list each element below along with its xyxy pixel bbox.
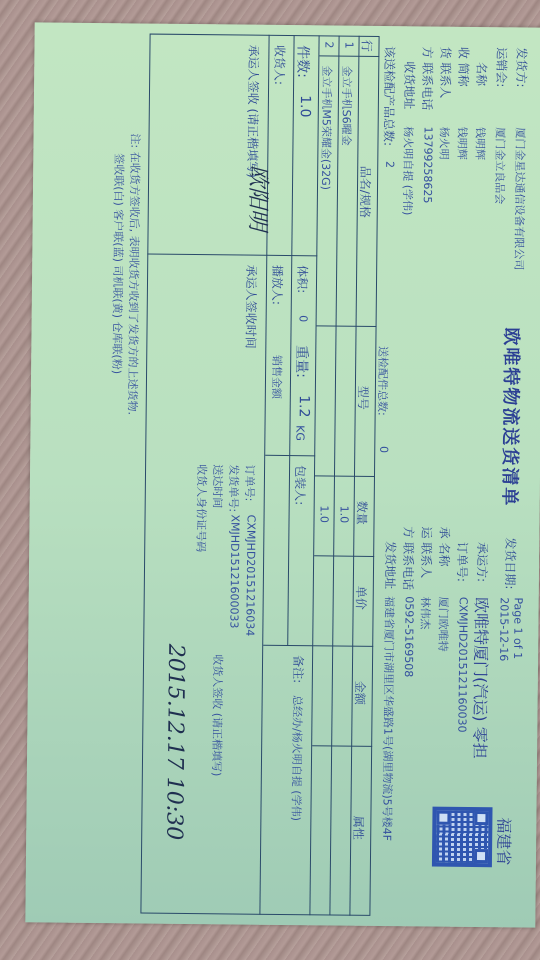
receiver-label: 收货人: — [271, 45, 288, 85]
from-value: 厦门金星达通信设备有限公司 — [511, 127, 528, 270]
recv-name-label: 收 简称 — [455, 47, 472, 87]
document-title: 欧唯特物流送货清单 — [498, 327, 526, 507]
carrier-name-label: 承 名称 — [436, 527, 453, 567]
carrier-address-value: 福建省厦门市湖里区华盛路1号(湖里物流)5号楼4F — [379, 596, 398, 841]
notes-value: 总经办/杨火明自提 (学伟) — [288, 695, 305, 821]
phone-value: 13799258625 — [421, 126, 435, 203]
recv-sign-label: 收货人签收 (请正楷填写) — [209, 654, 226, 776]
delivery-time-label: 送达时间 — [210, 464, 226, 508]
total-label: 该送检配产品总数: — [380, 46, 398, 146]
contact-label: 货 联系人 — [437, 47, 455, 99]
carrier-sign-label: 承运人签收 (请正楷填写) — [244, 45, 262, 178]
volume-label: 体积: — [294, 265, 311, 293]
recv-name-value: 钱明辉 — [454, 127, 470, 160]
col-header-name: 品名/规格 — [357, 166, 375, 218]
carrier-contact-label: 运 联系人 — [418, 526, 436, 578]
contact-value: 杨火明 — [436, 127, 452, 160]
volume-value: 0 — [297, 315, 310, 322]
ship-date: 2015-12-16 — [497, 597, 511, 661]
address-label: 收货地址 — [401, 61, 419, 109]
address-value: 杨火明自提 (学伟) — [400, 126, 417, 215]
col-header-model: 型号 — [355, 386, 372, 410]
carrier-order-value: CXMJHD2015121160030 — [455, 597, 469, 733]
notes-label: 备注: — [290, 655, 307, 683]
row-2-qty: 1.0 — [318, 505, 331, 523]
province-label: 福建省 — [493, 817, 517, 865]
carrier-value: 欧唯特厦门(汽运) 零担 — [469, 597, 494, 759]
agent-label: 运销会: — [493, 47, 510, 87]
row-1-qty: 1.0 — [337, 506, 350, 524]
parts-total-value: 0 — [377, 446, 390, 453]
ship-no-label: 发货单号: — [226, 464, 242, 512]
pieces-label: 件数: — [293, 45, 313, 78]
footer-note: 注: 在收货方签收后, 表明收货方收到了发货方的上述货物. — [125, 133, 144, 415]
row-1-no: 1 — [342, 42, 355, 49]
carrier-address-label: 发货地址 — [382, 541, 400, 589]
col-header-attr: 属性 — [350, 816, 367, 840]
delivery-note: 欧唯特物流送货清单 发货日期: Page 1 of 1 2015-12-16 福… — [25, 22, 540, 927]
carrier-label: 承运方: — [474, 542, 491, 582]
total-value: 2 — [383, 161, 396, 168]
row-2-no: 2 — [322, 41, 335, 48]
row-2-name: 金立手机M5荣耀金(32G) — [318, 65, 335, 190]
col-header-amount: 金额 — [352, 681, 369, 705]
carrier-order-label: 订单号: — [454, 542, 471, 582]
col-header-row: 行 — [358, 40, 375, 52]
qr-code — [432, 807, 493, 868]
handwritten-date: 2015.12.17 10:30 — [161, 644, 188, 841]
parts-total-label: 送检配件总数: — [375, 346, 392, 416]
name-label: 名称 — [473, 62, 490, 86]
ship-date-label: 发货日期: — [502, 537, 520, 589]
carrier-phone-value: 0592-5169508 — [402, 596, 416, 677]
pieces-value: 1.0 — [297, 95, 313, 117]
col-header-qty: 数量 — [353, 501, 370, 525]
from-label: 发货方: — [513, 47, 530, 87]
ship-no-value: XMJHD15121600033 — [227, 514, 241, 628]
agent-value: 厦门金立良品会 — [492, 127, 509, 204]
name-value: 钱明辉 — [472, 127, 488, 160]
weight-label: 重量: — [292, 345, 312, 378]
weight-value: 1.2 — [296, 395, 312, 417]
phone-label: 方 联系电话 — [419, 46, 437, 110]
id-label: 收货人身份证号码 — [193, 464, 210, 552]
handwritten-mark: 欧阳明 — [244, 165, 276, 231]
page-indicator: Page 1 of 1 — [511, 597, 525, 659]
carrier-contact-value: 林伟杰 — [417, 596, 433, 629]
sales-label: 销售金额 — [269, 355, 285, 399]
carrier-time-label: 承运人签收时间 — [242, 265, 260, 349]
packer-label: 播放人: — [269, 265, 286, 305]
packages-label: 包装人: — [292, 465, 309, 505]
carrier-phone-label: 方 联系电话 — [400, 526, 418, 590]
col-header-price: 单价 — [353, 586, 370, 610]
weight-unit: KG — [293, 425, 306, 441]
carrier-name-value: 厦门欧唯特 — [435, 597, 452, 652]
order-no-label: 订单号: — [242, 465, 258, 502]
order-no-value: CXMJHD20151216034 — [243, 515, 257, 637]
row-1-name: 金立手机S6曜金 — [338, 66, 355, 146]
footer-copies: 签收联(白) 客户联(蓝) 司机联(黄) 仓库联(粉) — [109, 153, 127, 374]
